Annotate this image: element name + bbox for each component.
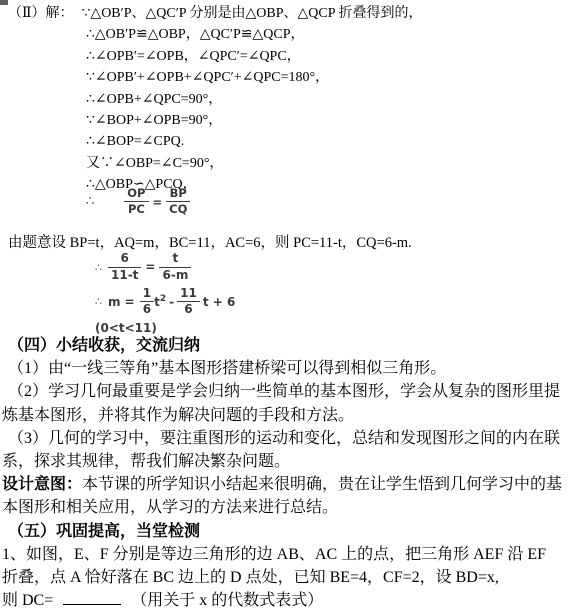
equation-block: ∴ 6 11-t = t 6-m ∴ m = 1 6 t2 - 11 6 xyxy=(95,252,235,335)
equation-lhs: m = xyxy=(108,295,135,309)
proof-line: ∴∠OPB+∠QPC=90°， xyxy=(86,89,423,110)
corner-artifact-mark xyxy=(0,0,8,5)
proof-line: ∵∠BOP+∠OPB=90°， xyxy=(86,110,423,131)
fraction: 1 6 xyxy=(140,287,154,318)
equation-row: ∴ m = 1 6 t2 - 11 6 t + 6 xyxy=(95,287,235,318)
fraction: 6 11-t xyxy=(108,252,141,283)
proportion-equation: ∴ OP PC = BP CQ xyxy=(86,187,190,216)
equals-sign: = xyxy=(153,195,163,209)
setup-line: 由题意设 BP=t，AQ=m，BC=11，AC=6，则 PC=11-t，CQ=6… xyxy=(8,231,412,252)
variable-term: t2 xyxy=(154,294,166,309)
proof-line: 又∵∠OBP=∠C=90°， xyxy=(86,153,423,174)
fraction-denominator: 6 xyxy=(177,302,200,317)
proof-block: （Ⅱ）解：∵△OB′P、△QC′P 分别是由△OBP、△QCP 折叠得到的， ∴… xyxy=(8,3,423,196)
exponent: 2 xyxy=(160,294,166,304)
fraction-numerator: 11 xyxy=(177,287,200,303)
fraction-numerator: 1 xyxy=(140,287,154,303)
fraction-denominator: 6-m xyxy=(159,268,191,283)
proof-line: ∴∠BOP=∠CPQ. xyxy=(86,131,423,152)
design-intent-label: 设计意图： xyxy=(2,476,82,493)
equals-sign: = xyxy=(145,260,155,274)
summary-item-3-line2: 系，探求其规律，帮我们解决繁杂问题。 xyxy=(2,450,568,473)
answer-suffix: （用关于 x 的代数式表式） xyxy=(131,592,323,609)
section4-heading: （四）小结收获，交流归纳 xyxy=(2,334,568,357)
equation-tail: t + 6 xyxy=(203,295,236,309)
design-intent-text: 本节课的所学知识小结起来很明确，贵在让学生悟到几何学习中的基 xyxy=(82,476,562,493)
fraction-numerator: t xyxy=(159,252,191,268)
proof-step-label: （Ⅱ）解： xyxy=(8,6,74,21)
quiz-problem-line2: 折叠，点 A 恰好落在 BC 边上的 D 点处，已知 BE=4，CF=2，设 B… xyxy=(2,566,568,589)
fraction-denominator: CQ xyxy=(166,202,190,216)
design-intent-line2: 本图形和相关应用，从学习的方法来进行总结。 xyxy=(2,496,568,519)
section5-heading: （五）巩固提高，当堂检测 xyxy=(2,520,568,543)
fraction-numerator: 6 xyxy=(108,252,141,268)
answer-prefix: 则 DC= xyxy=(2,592,53,609)
equation-row: ∴ 6 11-t = t 6-m xyxy=(95,252,235,283)
summary-item-1: （1）由“一线三等角”基本图形搭建桥梁可以得到相似三角形。 xyxy=(2,357,568,380)
proof-line-text: ∵△OB′P、△QC′P 分别是由△OBP、△QCP 折叠得到的， xyxy=(82,6,423,21)
summary-item-2-line1: （2）学习几何最重要是学会归纳一些简单的基本图形，学会从复杂的图形里提 xyxy=(2,380,568,403)
therefore-symbol: ∴ xyxy=(95,295,102,308)
summary-and-quiz-block: （四）小结收获，交流归纳 （1）由“一线三等角”基本图形搭建桥梁可以得到相似三角… xyxy=(2,334,568,612)
proof-line: ∴∠OPB′=∠OPB，∠QPC′=∠QPC， xyxy=(86,46,423,67)
summary-item-3-line1: （3）几何的学习中，要注重图形的运动和变化，总结和发现图形之间的内在联 xyxy=(2,427,568,450)
fraction-numerator: BP xyxy=(166,187,190,202)
design-intent-line1: 设计意图：本节课的所学知识小结起来很明确，贵在让学生悟到几何学习中的基 xyxy=(2,473,568,496)
fraction-denominator: 6 xyxy=(140,302,154,317)
proof-line: （Ⅱ）解：∵△OB′P、△QC′P 分别是由△OBP、△QCP 折叠得到的， xyxy=(8,3,423,24)
fraction: 11 6 xyxy=(177,287,200,318)
fraction: OP PC xyxy=(124,187,148,216)
quiz-problem-line3: 则 DC=（用关于 x 的代数式表式） xyxy=(2,589,568,612)
fraction: BP CQ xyxy=(166,187,190,216)
summary-item-2-line2: 炼基本图形，并将其作为解决问题的手段和方法。 xyxy=(2,404,568,427)
fraction: t 6-m xyxy=(159,252,191,283)
therefore-symbol: ∴ xyxy=(86,194,94,209)
therefore-symbol: ∴ xyxy=(95,261,102,274)
fraction-numerator: OP xyxy=(124,187,148,202)
fraction-denominator: 11-t xyxy=(108,268,141,283)
proof-line: ∴△OB′P≌△OBP，△QC′P≌△QCP， xyxy=(86,24,423,45)
proof-line: ∵∠OPB′+∠OPB+∠QPC′+∠QPC=180°， xyxy=(86,67,423,88)
minus-sign: - xyxy=(169,295,174,309)
fraction-denominator: PC xyxy=(124,202,148,216)
answer-blank xyxy=(63,591,121,605)
document-page: （Ⅱ）解：∵△OB′P、△QC′P 分别是由△OBP、△QCP 折叠得到的， ∴… xyxy=(0,0,570,616)
quiz-problem-line1: 1、如图，E、F 分别是等边三角形的边 AB、AC 上的点，把三角形 AEF 沿… xyxy=(2,543,568,566)
